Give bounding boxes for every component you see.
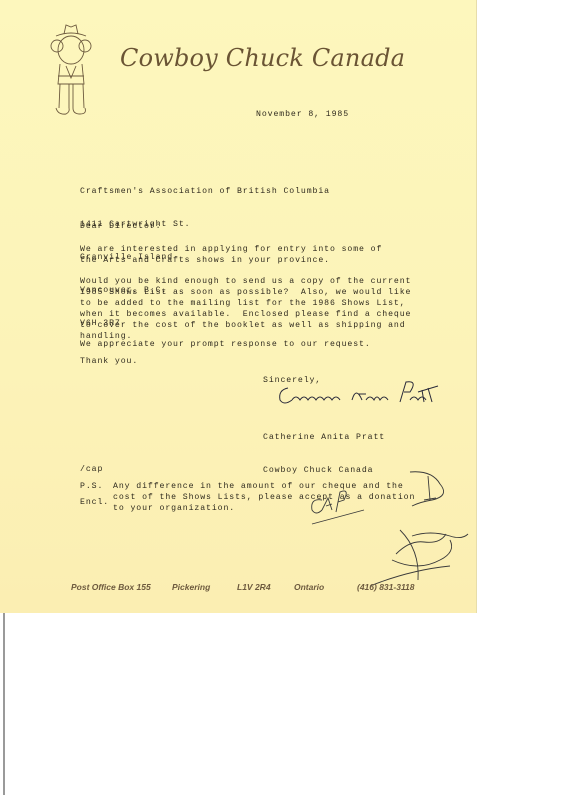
footer-postal-code: L1V 2R4 — [237, 582, 271, 592]
cowboy-figure-icon — [48, 20, 94, 120]
letter-date: November 8, 1985 — [256, 109, 349, 120]
body-paragraph: Would you be kind enough to send us a co… — [80, 276, 411, 342]
reference-initials: /cap — [80, 464, 109, 475]
company-name-letterhead: Cowboy Chuck Canada — [120, 44, 405, 72]
ps-label: P.S. — [80, 481, 103, 492]
handwritten-initials-and-scribble — [300, 470, 476, 590]
address-line: Craftsmen's Association of British Colum… — [80, 186, 330, 197]
scan-edge-line — [3, 613, 5, 795]
signer-name: Catherine Anita Pratt — [263, 432, 385, 443]
footer-po-box: Post Office Box 155 — [71, 582, 151, 592]
footer-province: Ontario — [294, 582, 324, 592]
footer-phone: (416) 831-3118 — [357, 582, 415, 592]
letter-page: Cowboy Chuck Canada November 8, 1985 Cra… — [0, 0, 477, 613]
body-paragraph: Thank you. — [80, 356, 138, 367]
enclosure-note: Encl. — [80, 497, 109, 508]
body-paragraph: We appreciate your prompt response to ou… — [80, 339, 371, 350]
body-paragraph: We are interested in applying for entry … — [80, 244, 382, 266]
salutation: Dear Director: — [80, 221, 161, 232]
footer-city: Pickering — [172, 582, 210, 592]
handwritten-signature — [276, 380, 441, 408]
